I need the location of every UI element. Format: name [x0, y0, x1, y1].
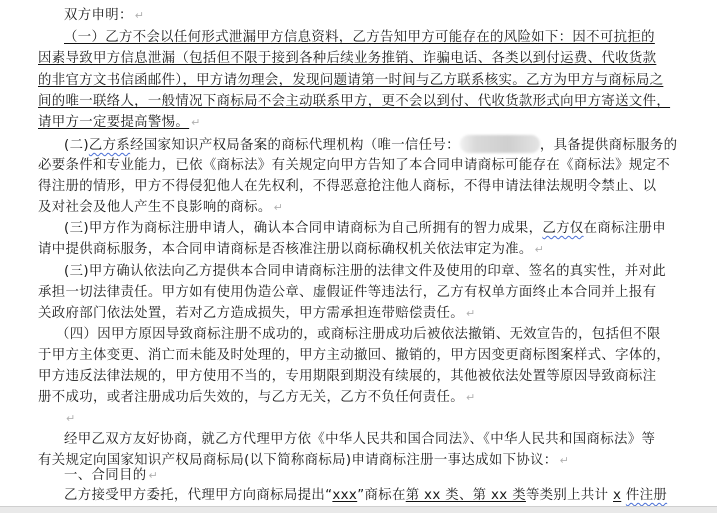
section1-line: （一）乙方不会以任何形式泄漏甲方信息资料，乙方告知甲方可能存在的风险如下：因不可… [64, 28, 678, 48]
section1-line: 的非官方文书信函邮件），甲方请勿理会，发现问题请第一时间与乙方联系核实。乙方为甲… [38, 71, 678, 91]
clause1-line: 乙方接受甲方委托，代理甲方向商标局提出“xxx”商标在第 xx 类、第 xx 类… [64, 486, 678, 506]
paragraph-mark-icon: ↵ [148, 469, 157, 482]
paragraph-mark-icon: ↵ [274, 201, 283, 214]
page-bottom-edge [0, 506, 717, 513]
section2-line: 必要条件和专业能力，已依《商标法》有关规定向甲方告知了本合同申请商标可能存在《商… [38, 156, 678, 176]
paragraph-mark-icon: ↵ [135, 9, 144, 22]
section4-line: 于甲方主体变更、消亡而未能及时处理的，甲方主动撤回、撤销的，甲方因变更商标图案样… [38, 346, 678, 366]
section3b-line: 承担一切法律责任。甲方如有使用伪造公章、虚假证件等违法行，乙方有权单方面终止本合… [38, 283, 678, 303]
section3a-line: 请中提供商标服务，本合同申请商标是否核准注册以商标确权机关依法审定为准。↵ [38, 240, 678, 260]
section4-line: 册不成功，或者注册成功后失效的，与乙方无关，乙方不负任何责任。↵ [38, 388, 678, 408]
clause1-title: 一、合同目的↵ [64, 466, 678, 486]
redacted-registration-number [460, 135, 540, 153]
section2-line: (二)乙方系经国家知识产权局备案的商标代理机构（唯一信任号：，具备提供商标服务的 [64, 135, 678, 155]
section3b-line: 关政府部门依法处置，若对乙方造成损失，甲方需承担连带赔偿责任。↵ [38, 304, 678, 324]
section4-line: 甲方违反法律法规的，甲方使用不当的，专用期限到期没有续展的，其他被依法处置等原因… [38, 367, 678, 387]
section1-line: 请甲方一定要提高警惕。↵ [38, 113, 678, 133]
section2-line: 得注册的情形，甲方不得侵犯他人在先权利，不得恶意抢注他人商标，不得申请法律法规明… [38, 177, 678, 197]
declaration-heading: 双方申明：↵ [64, 6, 678, 26]
paragraph-mark-icon: ↵ [466, 307, 475, 320]
class-field: 第 xx 类、第 xx 类 [406, 488, 526, 503]
section1-line: 间的唯一联络人，一般情况下商标局不会主动联系甲方，更不会以到付、代收货款形式向甲… [38, 92, 678, 112]
paragraph-mark-icon: ↵ [66, 412, 75, 425]
paragraph-mark-icon: ↵ [191, 116, 200, 129]
empty-paragraph: ↵ [64, 409, 678, 429]
paragraph-mark-icon: ↵ [466, 391, 475, 404]
section4-line: （四）因甲方原因导致商标注册不成功的，或商标注册成功后被依法撤销、无效宣告的，包… [56, 325, 678, 345]
spellcheck-mark: 乙方系 [89, 138, 130, 153]
paragraph-mark-icon: ↵ [535, 243, 544, 256]
spellcheck-mark: 件注册 [626, 488, 667, 503]
section1-line: 因素导致甲方信息泄漏（包括但不限于接到各种后续业务推销、诈骗电话、各类以到付运费… [38, 49, 678, 69]
spellcheck-mark: 乙方仅 [542, 221, 583, 236]
section2-line: 及对社会及他人产生不良影响的商标。↵ [38, 198, 678, 218]
section3a-line: (三)甲方作为商标注册申请人，确认本合同申请商标为自己所拥有的智力成果，乙方仅在… [64, 219, 678, 239]
section3b-line: (三)甲方确认依法向乙方提供本合同申请商标注册的法律文件及使用的印章、签名的真实… [64, 262, 678, 282]
agreement-line: 经甲乙双方友好协商，就乙方代理甲方依《中华人民共和国合同法》、《中华人民共和国商… [64, 430, 678, 450]
mark-name-field: xxx [332, 488, 357, 503]
document-page: 双方申明：↵ （一）乙方不会以任何形式泄漏甲方信息资料，乙方告知甲方可能存在的风… [0, 0, 717, 506]
